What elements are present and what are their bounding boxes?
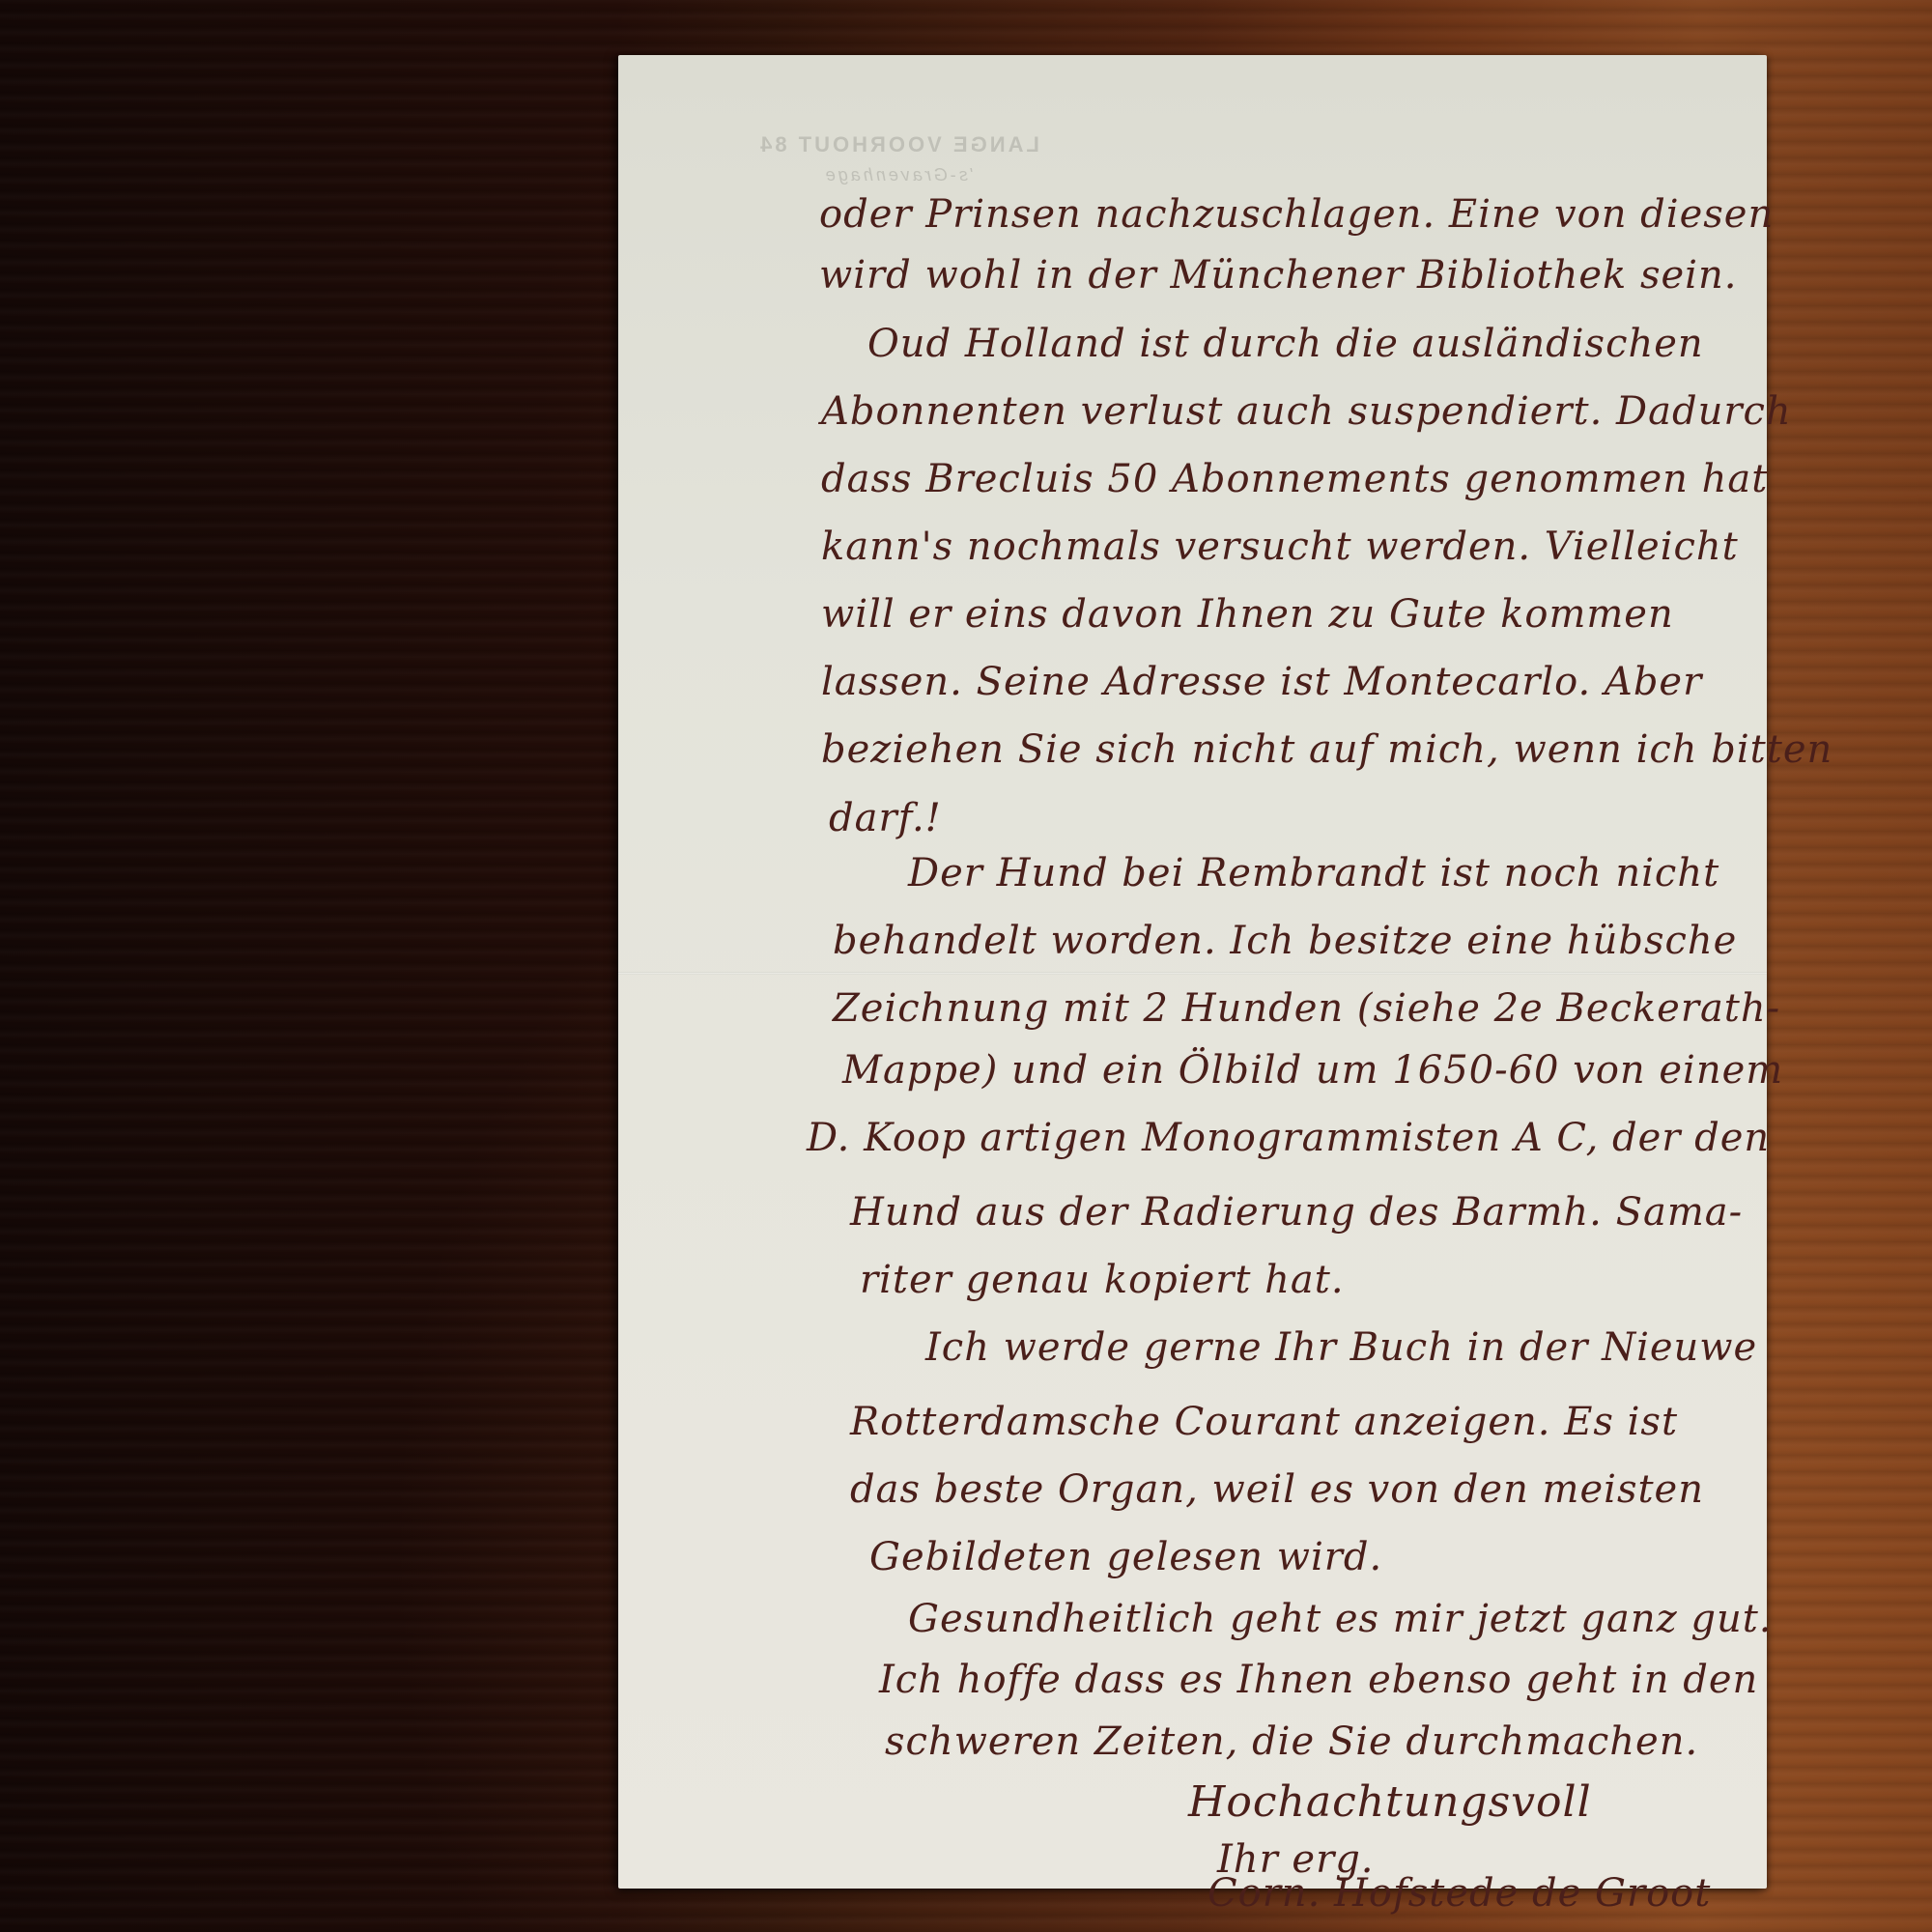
letter-line: Mappe) und ein Ölbild um 1650-60 von ein… — [842, 1048, 1783, 1093]
letter-page: LANGE VOORHOUT 84 's-Gravenhage oder Pri… — [618, 55, 1767, 1889]
letterhead-city: 's-Gravenhage — [753, 165, 1043, 185]
letter-signature: Corn. Hofstede de Groot — [1207, 1871, 1711, 1916]
letter-line: Der Hund bei Rembrandt ist noch nicht — [908, 851, 1719, 895]
letter-line: riter genau kopiert hat. — [860, 1258, 1345, 1302]
letterhead-showthrough: LANGE VOORHOUT 84 's-Gravenhage — [753, 132, 1043, 185]
letter-line: Gebildeten gelesen wird. — [869, 1535, 1382, 1579]
letter-line: Zeichnung mit 2 Hunden (siehe 2e Beckera… — [833, 986, 1780, 1031]
letter-line: Ich hoffe dass es Ihnen ebenso geht in d… — [879, 1658, 1758, 1702]
letter-line: lassen. Seine Adresse ist Montecarlo. Ab… — [821, 660, 1702, 704]
letter-line: D. Koop artigen Monogrammisten A C, der … — [807, 1116, 1770, 1160]
letter-line: kann's nochmals versucht werden. Viellei… — [821, 525, 1739, 569]
letter-line: wird wohl in der Münchener Bibliothek se… — [819, 253, 1737, 298]
letter-line: Ich werde gerne Ihr Buch in der Nieuwe — [925, 1325, 1757, 1370]
letter-line: behandelt worden. Ich besitze eine hübsc… — [833, 919, 1737, 963]
letter-line: beziehen Sie sich nicht auf mich, wenn i… — [821, 727, 1833, 772]
letter-line: Hund aus der Radierung des Barmh. Sama- — [850, 1190, 1743, 1235]
letter-line: das beste Organ, weil es von den meisten — [850, 1467, 1704, 1512]
letter-line: Gesundheitlich geht es mir jetzt ganz gu… — [908, 1597, 1773, 1641]
letter-line: dass Brecluis 50 Abonnements genommen ha… — [821, 457, 1768, 501]
fold-crease — [618, 972, 1767, 975]
letter-line: schweren Zeiten, die Sie durchmachen. — [885, 1719, 1698, 1764]
letter-line: will er eins davon Ihnen zu Gute kommen — [821, 592, 1674, 637]
letter-line: oder Prinsen nachzuschlagen. Eine von di… — [819, 192, 1774, 237]
letter-line: darf.! — [829, 796, 942, 840]
letter-closing: Hochachtungsvoll — [1188, 1777, 1592, 1827]
letterhead-address: LANGE VOORHOUT 84 — [753, 132, 1043, 157]
letter-line: Rotterdamsche Courant anzeigen. Es ist — [850, 1400, 1678, 1444]
letter-line: Oud Holland ist durch die ausländischen — [867, 322, 1704, 366]
letter-line: Abonnenten verlust auch suspendiert. Dad… — [821, 389, 1792, 434]
